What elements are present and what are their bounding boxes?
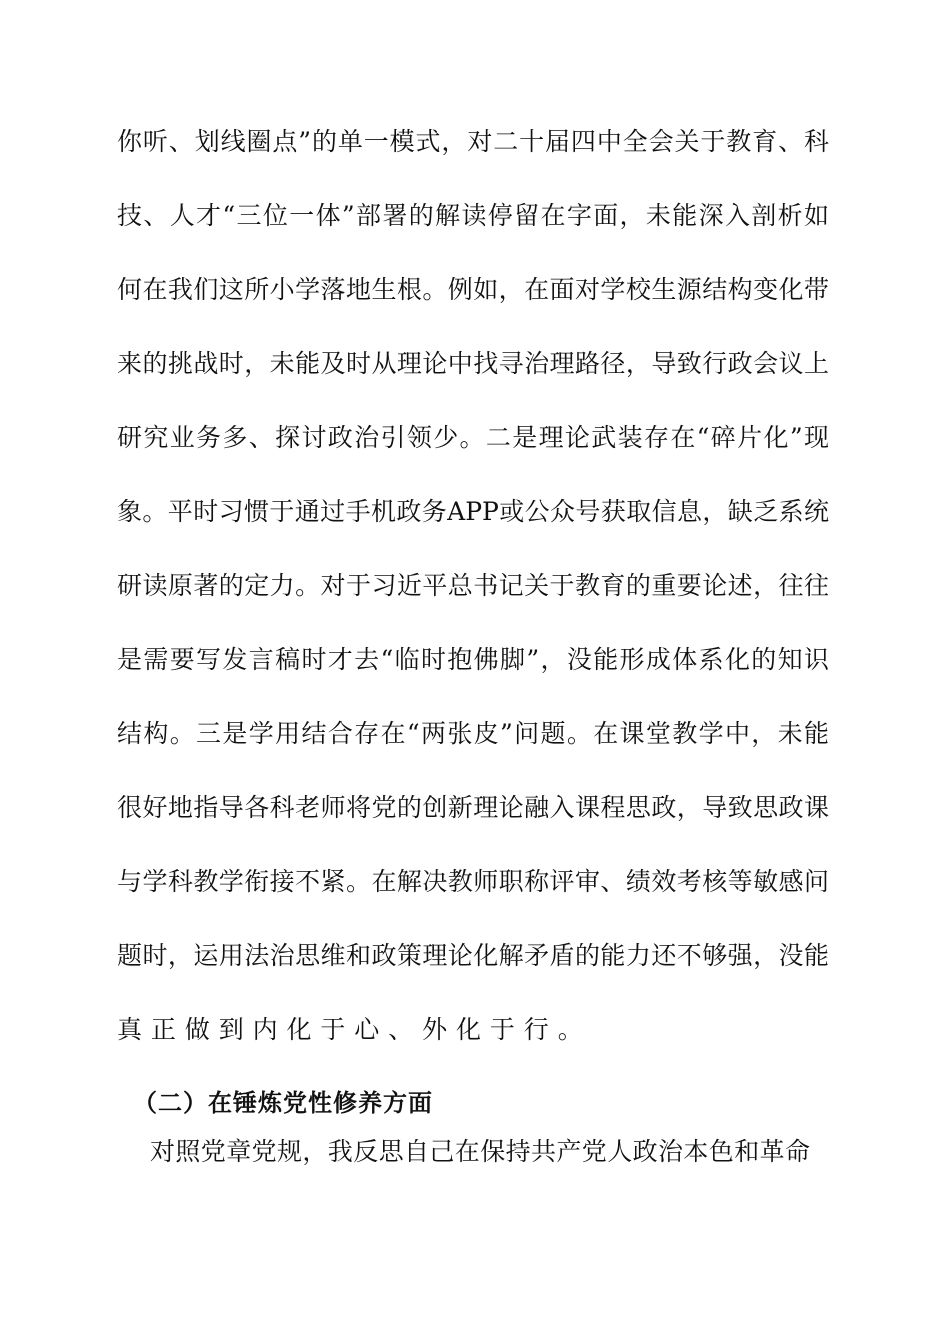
text-line: 研读原著的定力。对于习近平总书记关于教育的重要论述，往往 (117, 569, 829, 603)
text-line: 结构。三是学用结合存在“两张皮”问题。在课堂教学中，未能 (117, 717, 829, 751)
text-line: 何在我们这所小学落地生根。例如，在面对学校生源结构变化带 (117, 273, 829, 307)
text-line: 与学科教学衔接不紧。在解决教师职称评审、绩效考核等敏感问 (117, 865, 829, 899)
text-line: 题时，运用法治思维和政策理论化解矛盾的能力还不够强，没能 (117, 939, 829, 973)
text-line: 真正做到内化于心、外化于行。 (117, 1013, 829, 1047)
text-line: 技、人才“三位一体”部署的解读停留在字面，未能深入剖析如 (117, 199, 829, 233)
text-line: 是需要写发言稿时才去“临时抱佛脚”，没能形成体系化的知识 (117, 643, 829, 677)
document-page: 你听、划线圈点”的单一模式，对二十届四中全会关于教育、科 技、人才“三位一体”部… (0, 0, 950, 1344)
text-line: 你听、划线圈点”的单一模式，对二十届四中全会关于教育、科 (117, 125, 829, 159)
text-line: 研究业务多、探讨政治引领少。二是理论武装存在“碎片化”现 (117, 421, 829, 455)
text-line: 象。平时习惯于通过手机政务APP或公众号获取信息，缺乏系统 (117, 495, 829, 529)
text-line: 来的挑战时，未能及时从理论中找寻治理路径，导致行政会议上 (117, 347, 829, 381)
text-line: 对照党章党规，我反思自己在保持共产党人政治本色和革命 (150, 1135, 810, 1169)
section-heading: （二）在锤炼党性修养方面 (133, 1086, 433, 1120)
text-line: 很好地指导各科老师将党的创新理论融入课程思政，导致思政课 (117, 791, 829, 825)
